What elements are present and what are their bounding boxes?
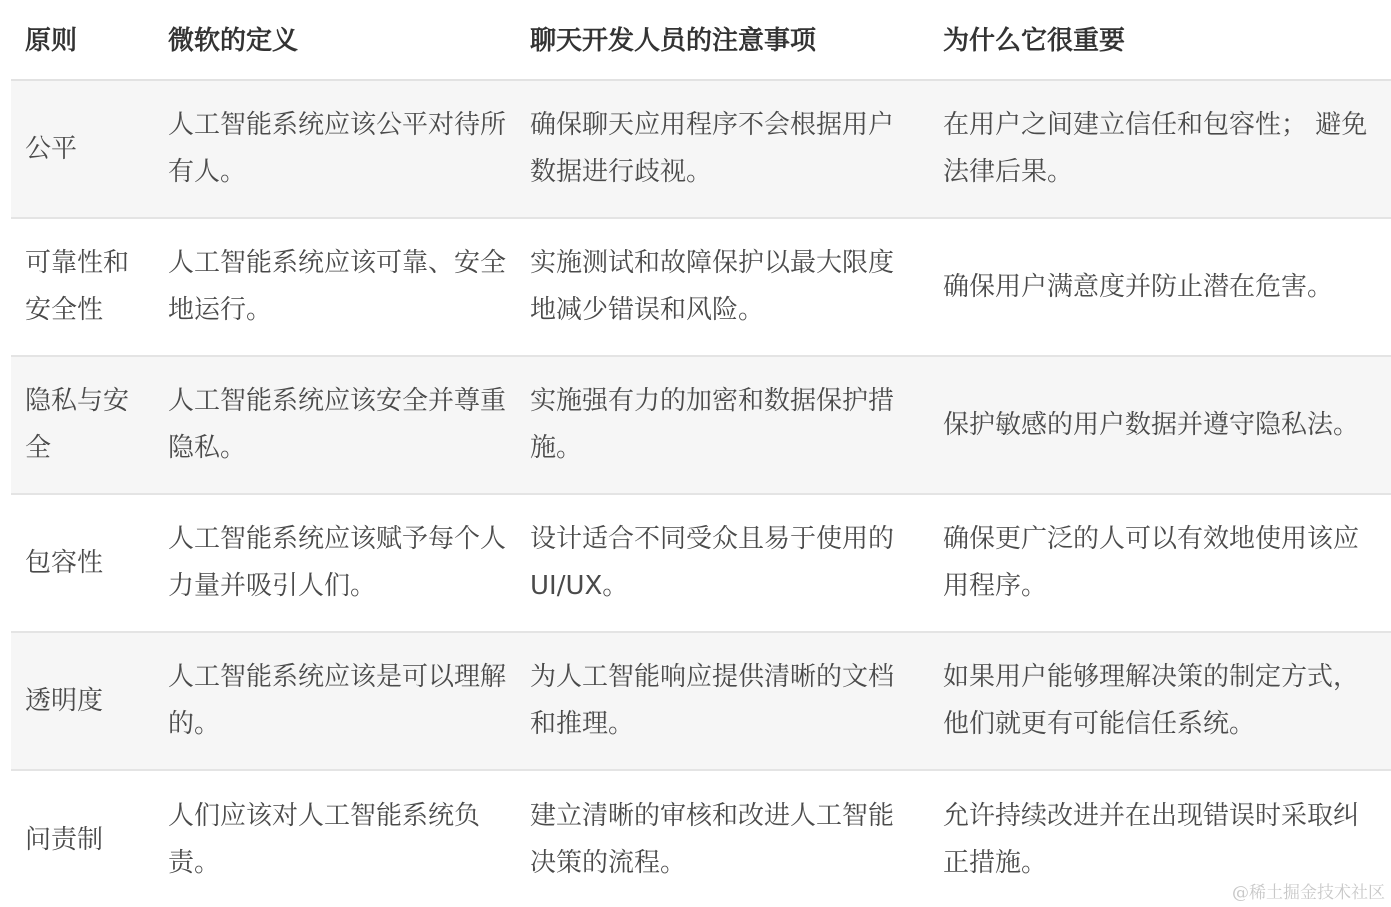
table-row: 隐私与安全 人工智能系统应该安全并尊重隐私。 实施强有力的加密和数据保护措施。 … — [11, 357, 1391, 495]
principle-cell: 问责制 — [11, 817, 154, 864]
importance-cell: 确保更广泛的人可以有效地使用该应用程序。 — [929, 516, 1391, 610]
column-header-importance: 为什么它很重要 — [929, 22, 1391, 58]
importance-cell: 确保用户满意度并防止潜在危害。 — [929, 264, 1391, 311]
definition-cell: 人工智能系统应该公平对待所有人。 — [154, 102, 516, 196]
column-header-principle: 原则 — [11, 22, 154, 58]
column-header-considerations: 聊天开发人员的注意事项 — [516, 22, 929, 58]
principle-cell: 隐私与安全 — [11, 378, 154, 472]
table-row: 透明度 人工智能系统应该是可以理解的。 为人工智能响应提供清晰的文档和推理。 如… — [11, 633, 1391, 771]
principle-cell: 公平 — [11, 126, 154, 173]
table-row: 包容性 人工智能系统应该赋予每个人力量并吸引人们。 设计适合不同受众且易于使用的… — [11, 495, 1391, 633]
definition-cell: 人工智能系统应该是可以理解的。 — [154, 654, 516, 748]
considerations-cell: 实施测试和故障保护以最大限度地减少错误和风险。 — [516, 240, 929, 334]
principle-cell: 透明度 — [11, 678, 154, 725]
table-row: 可靠性和安全性 人工智能系统应该可靠、安全地运行。 实施测试和故障保护以最大限度… — [11, 219, 1391, 357]
table-row: 公平 人工智能系统应该公平对待所有人。 确保聊天应用程序不会根据用户数据进行歧视… — [11, 81, 1391, 219]
definition-cell: 人工智能系统应该赋予每个人力量并吸引人们。 — [154, 516, 516, 610]
considerations-cell: 确保聊天应用程序不会根据用户数据进行歧视。 — [516, 102, 929, 196]
definition-cell: 人工智能系统应该可靠、安全地运行。 — [154, 240, 516, 334]
importance-cell: 如果用户能够理解决策的制定方式，他们就更有可能信任系统。 — [929, 654, 1391, 748]
column-header-definition: 微软的定义 — [154, 22, 516, 58]
principle-cell: 包容性 — [11, 540, 154, 587]
considerations-cell: 实施强有力的加密和数据保护措施。 — [516, 378, 929, 472]
table-header-row: 原则 微软的定义 聊天开发人员的注意事项 为什么它很重要 — [11, 0, 1391, 81]
considerations-cell: 设计适合不同受众且易于使用的 UI/UX。 — [516, 516, 929, 610]
definition-cell: 人们应该对人工智能系统负责。 — [154, 793, 516, 887]
definition-cell: 人工智能系统应该安全并尊重隐私。 — [154, 378, 516, 472]
watermark: @稀土掘金技术社区 — [1232, 878, 1385, 903]
table-row: 问责制 人们应该对人工智能系统负责。 建立清晰的审核和改进人工智能决策的流程。 … — [11, 771, 1391, 907]
importance-cell: 允许持续改进并在出现错误时采取纠正措施。 — [929, 793, 1391, 887]
principles-table: 原则 微软的定义 聊天开发人员的注意事项 为什么它很重要 公平 人工智能系统应该… — [11, 0, 1391, 907]
considerations-cell: 为人工智能响应提供清晰的文档和推理。 — [516, 654, 929, 748]
considerations-cell: 建立清晰的审核和改进人工智能决策的流程。 — [516, 793, 929, 887]
principle-cell: 可靠性和安全性 — [11, 240, 154, 334]
importance-cell: 在用户之间建立信任和包容性； 避免法律后果。 — [929, 102, 1391, 196]
importance-cell: 保护敏感的用户数据并遵守隐私法。 — [929, 402, 1391, 449]
